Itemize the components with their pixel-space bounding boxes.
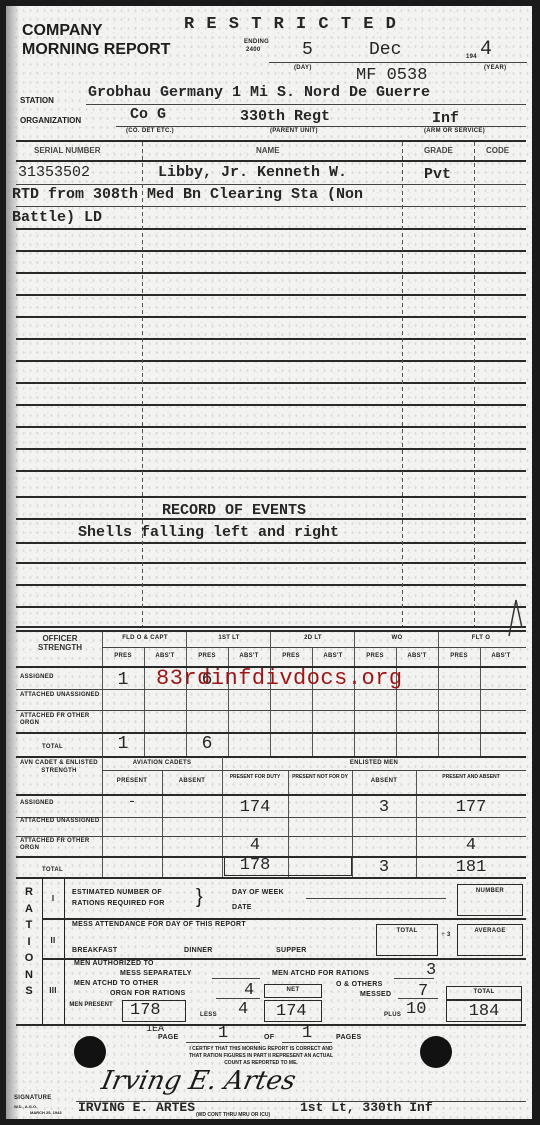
col-present-and-absent: PRESENT AND ABSENT [416, 774, 526, 781]
col-present-for-duty: PRESENT FOR DUTY [222, 774, 288, 781]
officer-total-fldo-pres: 1 [102, 734, 144, 754]
binder-hole-right [420, 1036, 452, 1068]
enlisted-total-pfd: 178 [222, 856, 288, 875]
form-id-2: MARCH 25, 1943 [30, 1110, 62, 1115]
col-serial-number: SERIAL NUMBER [34, 146, 101, 155]
typed-name: IRVING E. ARTES [78, 1100, 195, 1115]
less-label: LESS [200, 1012, 217, 1018]
cadets-assigned-present: - [102, 794, 162, 810]
section-i-label-1: ESTIMATED NUMBER OF [72, 889, 162, 896]
page-label: PAGE [158, 1034, 179, 1041]
subcol-pres: PRES [354, 653, 396, 659]
enlisted-assigned-pres-abs: 177 [416, 798, 526, 817]
page-total: 1 [302, 1024, 312, 1043]
section-i-numeral: I [42, 894, 64, 903]
plus-value: 10 [406, 1000, 426, 1019]
plus-label: PLUS [384, 1012, 401, 1018]
binder-hole-left [74, 1036, 106, 1068]
organization-company: Co G [130, 106, 166, 123]
brace-icon: } [196, 886, 203, 909]
form-id-1: W.D., A.G.O. [14, 1104, 37, 1109]
net-value: 174 [276, 1002, 307, 1021]
pages-label: PAGES [336, 1034, 362, 1041]
subcol-abst: ABS'T [480, 653, 522, 659]
enlisted-men-header: ENLISTED MEN [222, 760, 526, 766]
ration-total-value: 184 [446, 1002, 522, 1021]
ending-label: ENDING [244, 39, 269, 45]
day-of-week-label: DAY OF WEEK [232, 889, 284, 896]
enlisted-assigned-pfd: 174 [222, 798, 288, 817]
breakfast-label: BREAKFAST [72, 947, 117, 954]
organization-arm: Inf [432, 110, 459, 127]
rank-unit: 1st Lt, 330th Inf [300, 1100, 433, 1115]
atchd-other-label-2: ORGN FOR RATIONS [110, 990, 185, 997]
col-present-not-for-duty: PRESENT NOT FOR DY [288, 774, 352, 781]
others-label-2: MESSED [360, 991, 391, 998]
enlisted-attached-fr-other-label: ATTACHED FR OTHER ORGN [20, 838, 100, 852]
ending-time: 2400 [246, 47, 261, 53]
year-prefix: 194 [466, 54, 477, 60]
mess-total-label: TOTAL [376, 928, 438, 934]
enlisted-assigned-label: ASSIGNED [20, 800, 54, 806]
entry-grade: Pvt [424, 166, 451, 183]
page-number: 1 [218, 1024, 228, 1043]
less-value: 4 [238, 1000, 248, 1019]
col-absent: ABSENT [352, 778, 416, 784]
enlisted-attached-unassigned-label: ATTACHED UNASSIGNED [20, 818, 100, 825]
col-cadets-present: PRESENT [102, 778, 162, 784]
dinner-label: DINNER [184, 947, 213, 954]
signature-label: SIGNATURE [14, 1095, 52, 1101]
supper-label: SUPPER [276, 947, 307, 954]
entry-serial: 31353502 [18, 164, 90, 181]
group-fld-o-capt: FLD O & CAPT [104, 635, 186, 641]
enlisted-strength-title: AVN CADET & ENLISTED STRENGTH [18, 759, 100, 775]
company-sublabel: (CO. DET ETC.) [126, 128, 174, 134]
subcol-abst: ABS'T [396, 653, 438, 659]
row-total-label: TOTAL [42, 744, 63, 750]
entry-name: Libby, Jr. Kenneth W. [158, 164, 347, 181]
parent-unit-sublabel: (PARENT UNIT) [270, 128, 318, 134]
group-2d-lt: 2D LT [272, 635, 354, 641]
signature-sublabel: (WD CONT THRU MRU OR ICU) [196, 1112, 270, 1118]
report-month: Dec [369, 40, 401, 60]
col-code: CODE [486, 146, 509, 155]
subcol-pres: PRES [270, 653, 312, 659]
report-year-digit: 4 [480, 38, 492, 61]
authorized-label-2: MESS SEPARATELY [120, 970, 192, 977]
report-day: 5 [302, 40, 313, 60]
restricted-stamp: R E S T R I C T E D [184, 15, 397, 34]
watermark: 83rdinfdivdocs.org [156, 666, 403, 691]
pen-mark-icon [506, 598, 526, 638]
atchd-rations-label: MEN ATCHD FOR RATIONS [272, 970, 369, 977]
date-label: DATE [232, 904, 252, 911]
net-label: NET [264, 987, 322, 993]
others-label-1: O & OTHERS [336, 981, 383, 988]
subcol-abst: ABS'T [144, 653, 186, 659]
section-i-label-2: RATIONS REQUIRED FOR [72, 900, 165, 907]
organization-parent-unit: 330th Regt [240, 108, 330, 125]
subcol-pres: PRES [186, 653, 228, 659]
divide-by-three: ÷ 3 [438, 932, 454, 938]
enlisted-total-absent: 3 [352, 858, 416, 877]
day-label: (DAY) [294, 65, 312, 71]
mess-average-label: AVERAGE [457, 928, 523, 934]
record-of-events-text: Shells falling left and right [78, 524, 339, 541]
section-ii-numeral: II [42, 936, 64, 945]
col-name: NAME [256, 146, 280, 155]
atchd-other-value: 4 [244, 981, 254, 1000]
subcol-abst: ABS'T [228, 653, 270, 659]
aviation-cadets-header: AVIATION CADETS [102, 760, 222, 766]
arm-sublabel: (ARM OR SERVICE) [424, 128, 485, 134]
record-of-events-title: RECORD OF EVENTS [162, 502, 306, 519]
officer-total-1stlt-pres: 6 [186, 734, 228, 754]
officer-assigned-fldo-pres: 1 [102, 670, 144, 690]
atchd-rations-value: 3 [426, 961, 436, 980]
group-wo: WO [356, 635, 438, 641]
group-flt-o: FLT O [440, 635, 522, 641]
rations-side-label: RATIONS [16, 884, 42, 1000]
morning-report-form: COMPANY MORNING REPORT R E S T R I C T E… [6, 6, 532, 1119]
atchd-other-label-1: MEN ATCHD TO OTHER [74, 980, 159, 987]
form-title-company: COMPANY [22, 22, 103, 40]
enlisted-total-pres-abs: 181 [416, 858, 526, 877]
of-label: OF [264, 1034, 274, 1041]
certification-text: I CERTIFY THAT THIS MORNING REPORT IS CO… [126, 1046, 396, 1067]
handwritten-signature: Irving E. Artes [99, 1066, 299, 1096]
form-title-morning-report: MORNING REPORT [22, 41, 170, 59]
authorized-label-1: MEN AUTHORIZED TO [74, 960, 154, 967]
enlisted-assigned-absent: 3 [352, 798, 416, 817]
station-value: Grobhau Germany 1 Mi S. Nord De Guerre [88, 84, 430, 101]
organization-label: ORGANIZATION [20, 116, 81, 125]
subcol-pres: PRES [438, 653, 480, 659]
station-label: STATION [20, 96, 54, 105]
enlisted-total-label: TOTAL [42, 867, 63, 873]
officer-strength-title: OFFICER STRENGTH [20, 634, 100, 652]
row-attached-fr-other-label: ATTACHED FR OTHER ORGN [20, 713, 100, 727]
men-present-value: 178 [130, 1001, 161, 1020]
number-label: NUMBER [457, 888, 523, 894]
subcol-pres: PRES [102, 653, 144, 659]
subcol-abst: ABS'T [312, 653, 354, 659]
form-number: MF 0538 [356, 66, 427, 85]
section-iii-numeral: III [42, 986, 64, 995]
men-present-label: MEN PRESENT [68, 1002, 114, 1009]
enlisted-attached-pfd: 4 [222, 836, 288, 855]
col-cadets-absent: ABSENT [162, 778, 222, 784]
row-attached-unassigned-label: ATTACHED UNASSIGNED [20, 692, 100, 699]
year-label: (YEAR) [484, 65, 506, 71]
entry-remarks-line1: RTD from 308th Med Bn Clearing Sta (Non [12, 186, 363, 203]
scan-border [0, 1119, 540, 1125]
row-assigned-label: ASSIGNED [20, 674, 54, 680]
mess-attendance-label: MESS ATTENDANCE FOR DAY OF THIS REPORT [72, 921, 246, 928]
col-grade: GRADE [424, 146, 453, 155]
group-1st-lt: 1ST LT [188, 635, 270, 641]
others-messed-value: 7 [418, 982, 428, 1001]
total-label: TOTAL [446, 989, 522, 995]
enlisted-attached-pres-abs: 4 [416, 836, 526, 855]
entry-remarks-line2: Battle) LD [12, 209, 102, 226]
